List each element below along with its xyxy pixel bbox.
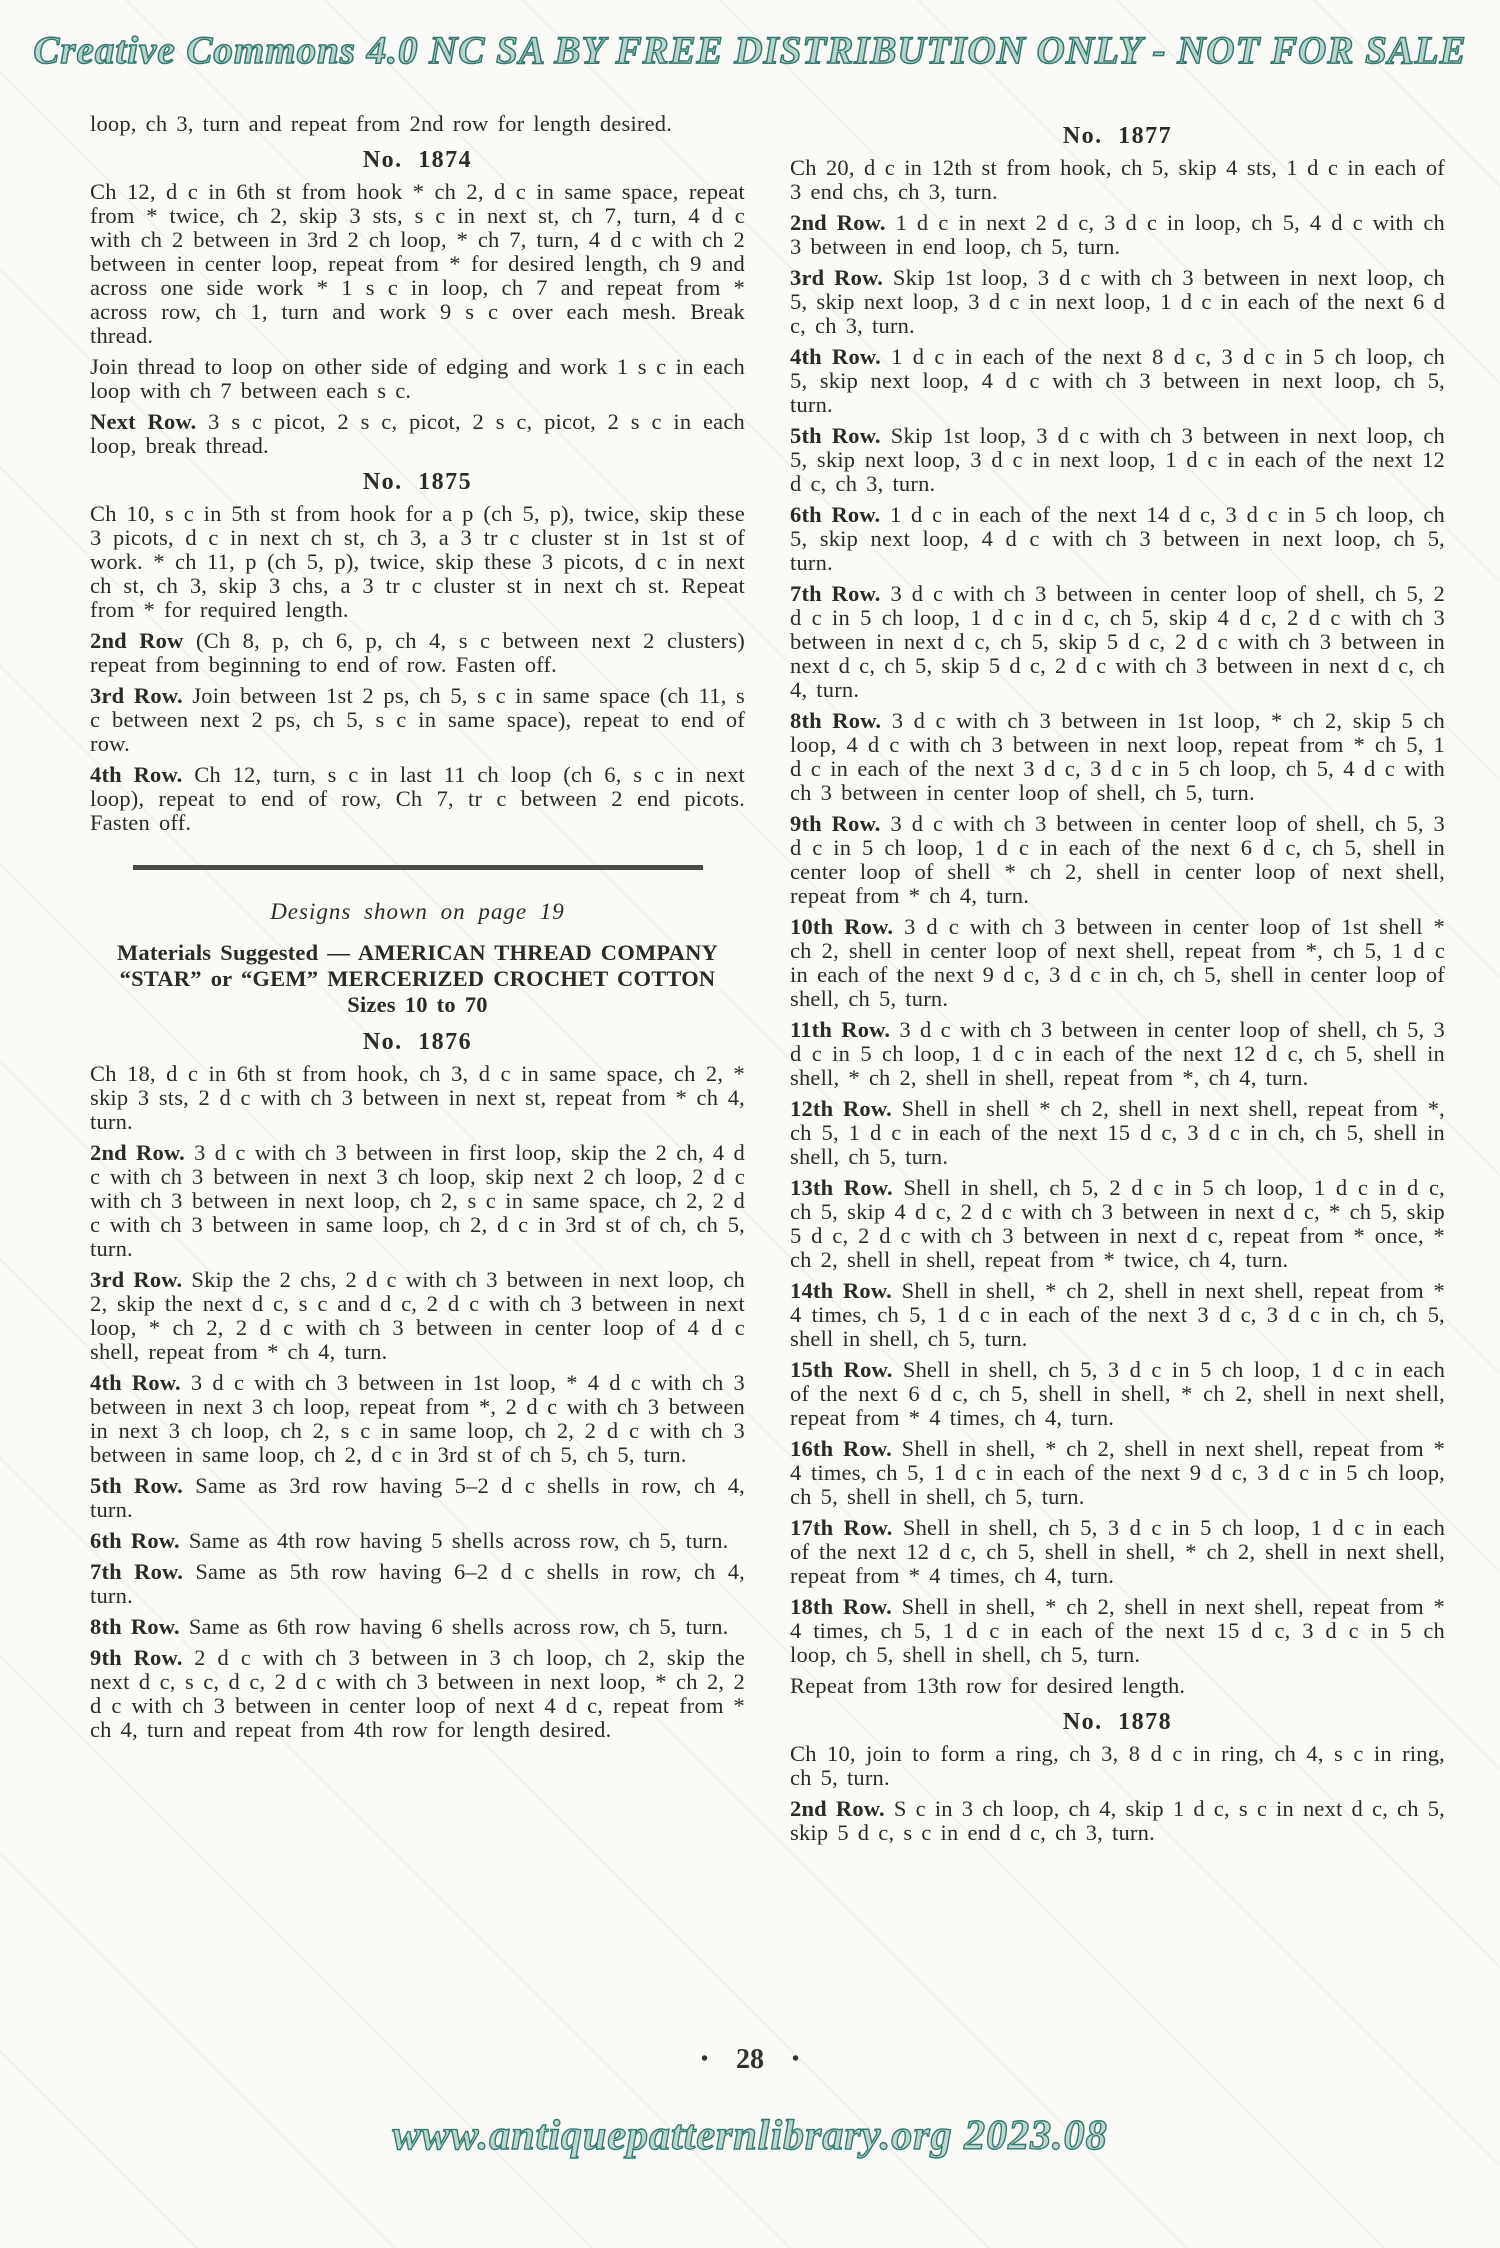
row-label: 7th Row. <box>790 581 881 606</box>
pattern-row: 4th Row. 1 d c in each of the next 8 d c… <box>790 345 1445 417</box>
pattern-paragraph: Ch 20, d c in 12th st from hook, ch 5, s… <box>790 156 1445 204</box>
row-text: 2 d c with ch 3 between in 3 ch loop, ch… <box>90 1645 745 1742</box>
pattern-row: 5th Row. Skip 1st loop, 3 d c with ch 3 … <box>790 424 1445 496</box>
row-label: 11th Row. <box>790 1017 890 1042</box>
pattern-row: 7th Row. Same as 5th row having 6–2 d c … <box>90 1560 745 1608</box>
pattern-row: 8th Row. Same as 6th row having 6 shells… <box>90 1615 745 1639</box>
pattern-row: 12th Row. Shell in shell * ch 2, shell i… <box>790 1097 1445 1169</box>
heading-no-1874: No. 1874 <box>90 148 745 172</box>
row-text: Same as 3rd row having 5–2 d c shells in… <box>90 1473 745 1522</box>
right-column: No. 1877 Ch 20, d c in 12th st from hook… <box>790 112 1445 1852</box>
row-label: 14th Row. <box>790 1278 892 1303</box>
row-text: 1 d c in each of the next 14 d c, 3 d c … <box>790 502 1445 575</box>
pattern-row: 4th Row. Ch 12, turn, s c in last 11 ch … <box>90 763 745 835</box>
row-label: 8th Row. <box>790 708 881 733</box>
pattern-row: 16th Row. Shell in shell, * ch 2, shell … <box>790 1437 1445 1509</box>
row-text: Skip the 2 chs, 2 d c with ch 3 between … <box>90 1267 745 1364</box>
row-label: 2nd Row. <box>790 1796 885 1821</box>
footer-credit: www.antiquepatternlibrary.org 2023.08 <box>0 2112 1500 2160</box>
section-divider <box>133 865 703 870</box>
pattern-row: 11th Row. 3 d c with ch 3 between in cen… <box>790 1018 1445 1090</box>
pattern-paragraph: Ch 10, join to form a ring, ch 3, 8 d c … <box>790 1742 1445 1790</box>
row-text: Same as 5th row having 6–2 d c shells in… <box>90 1559 745 1608</box>
materials-suggested-note: Materials Suggested — AMERICAN THREAD CO… <box>90 940 745 1018</box>
row-text: 3 d c with ch 3 between in 1st loop, * c… <box>790 708 1445 805</box>
row-text: 1 d c in next 2 d c, 3 d c in loop, ch 5… <box>790 210 1445 259</box>
pattern-row: 7th Row. 3 d c with ch 3 between in cent… <box>790 582 1445 702</box>
row-label: 8th Row. <box>90 1614 180 1639</box>
heading-no-1876: No. 1876 <box>90 1030 745 1054</box>
pattern-paragraph: Repeat from 13th row for desired length. <box>790 1674 1445 1698</box>
row-text: Skip 1st loop, 3 d c with ch 3 between i… <box>790 265 1445 338</box>
row-text: Ch 12, d c in 6th st from hook * ch 2, d… <box>90 179 745 348</box>
designs-shown-note: Designs shown on page 19 <box>90 900 745 924</box>
materials-line: Materials Suggested — AMERICAN THREAD CO… <box>90 940 745 966</box>
pattern-row: 3rd Row. Join between 1st 2 ps, ch 5, s … <box>90 684 745 756</box>
pattern-row: 15th Row. Shell in shell, ch 5, 3 d c in… <box>790 1358 1445 1430</box>
row-label: 3rd Row. <box>90 1267 182 1292</box>
row-label: 10th Row. <box>790 914 893 939</box>
pattern-row: 2nd Row. 3 d c with ch 3 between in firs… <box>90 1141 745 1261</box>
pattern-row: 18th Row. Shell in shell, * ch 2, shell … <box>790 1595 1445 1667</box>
row-label: 17th Row. <box>790 1515 893 1540</box>
left-column: loop, ch 3, turn and repeat from 2nd row… <box>90 112 745 1852</box>
row-label: 9th Row. <box>90 1645 183 1670</box>
pattern-row: 13th Row. Shell in shell, ch 5, 2 d c in… <box>790 1176 1445 1272</box>
pattern-row: 14th Row. Shell in shell, * ch 2, shell … <box>790 1279 1445 1351</box>
heading-no-1878: No. 1878 <box>790 1710 1445 1734</box>
pattern-row: Next Row. 3 s c picot, 2 s c, picot, 2 s… <box>90 410 745 458</box>
row-label: 5th Row. <box>90 1473 183 1498</box>
row-text: 3 d c with ch 3 between in 1st loop, * 4… <box>90 1370 745 1467</box>
row-text: Same as 4th row having 5 shells across r… <box>189 1528 729 1553</box>
pattern-row: 17th Row. Shell in shell, ch 5, 3 d c in… <box>790 1516 1445 1588</box>
row-label: 2nd Row. <box>90 1140 185 1165</box>
row-label: 12th Row. <box>790 1096 892 1121</box>
pattern-row: 5th Row. Same as 3rd row having 5–2 d c … <box>90 1474 745 1522</box>
row-text: Ch 20, d c in 12th st from hook, ch 5, s… <box>790 155 1445 204</box>
row-text: Join thread to loop on other side of edg… <box>90 354 745 403</box>
materials-line: “STAR” or “GEM” MERCERIZED CROCHET COTTO… <box>90 966 745 992</box>
row-text: 3 d c with ch 3 between in center loop o… <box>790 581 1445 702</box>
row-text: Ch 10, join to form a ring, ch 3, 8 d c … <box>790 1741 1445 1790</box>
pattern-paragraph: Join thread to loop on other side of edg… <box>90 355 745 403</box>
row-label: 16th Row. <box>790 1436 892 1461</box>
page-number: 28 <box>736 2044 764 2075</box>
row-label: 4th Row. <box>90 762 183 787</box>
row-text: 3 d c with ch 3 between in center loop o… <box>790 811 1445 908</box>
pattern-row: 2nd Row (Ch 8, p, ch 6, p, ch 4, s c bet… <box>90 629 745 677</box>
row-label: 6th Row. <box>790 502 880 527</box>
row-label: 4th Row. <box>90 1370 181 1395</box>
row-text: Ch 10, s c in 5th st from hook for a p (… <box>90 501 745 622</box>
pattern-paragraph: Ch 18, d c in 6th st from hook, ch 3, d … <box>90 1062 745 1134</box>
pattern-row: 6th Row. Same as 4th row having 5 shells… <box>90 1529 745 1553</box>
row-text: 3 d c with ch 3 between in first loop, s… <box>90 1140 745 1261</box>
row-text: 1 d c in each of the next 8 d c, 3 d c i… <box>790 344 1445 417</box>
row-label: 15th Row. <box>790 1357 893 1382</box>
row-text: Join between 1st 2 ps, ch 5, s c in same… <box>90 683 745 756</box>
pattern-row: 9th Row. 3 d c with ch 3 between in cent… <box>790 812 1445 908</box>
continued-paragraph: loop, ch 3, turn and repeat from 2nd row… <box>90 112 745 136</box>
creative-commons-notice: Creative Commons 4.0 NC SA BY FREE DISTR… <box>0 28 1500 73</box>
pattern-row: 4th Row. 3 d c with ch 3 between in 1st … <box>90 1371 745 1467</box>
row-label: 9th Row. <box>790 811 881 836</box>
page-number-line: •28• <box>0 2044 1500 2076</box>
row-label: 4th Row. <box>790 344 881 369</box>
page-body: loop, ch 3, turn and repeat from 2nd row… <box>90 112 1445 1852</box>
pattern-row: 9th Row. 2 d c with ch 3 between in 3 ch… <box>90 1646 745 1742</box>
row-text: Ch 18, d c in 6th st from hook, ch 3, d … <box>90 1061 745 1134</box>
page-bullet-right: • <box>792 2048 799 2070</box>
row-label: 13th Row. <box>790 1175 893 1200</box>
heading-no-1877: No. 1877 <box>790 124 1445 148</box>
row-label: 3rd Row. <box>790 265 883 290</box>
row-text: S c in 3 ch loop, ch 4, skip 1 d c, s c … <box>790 1796 1445 1845</box>
row-text: loop, ch 3, turn and repeat from 2nd row… <box>90 111 672 136</box>
pattern-row: 2nd Row. 1 d c in next 2 d c, 3 d c in l… <box>790 211 1445 259</box>
page-bullet-left: • <box>701 2048 708 2070</box>
row-label: 18th Row. <box>790 1594 892 1619</box>
row-text: Repeat from 13th row for desired length. <box>790 1673 1185 1698</box>
row-label: 2nd Row <box>90 628 184 653</box>
row-label: 3rd Row. <box>90 683 183 708</box>
pattern-paragraph: Ch 10, s c in 5th st from hook for a p (… <box>90 502 745 622</box>
pattern-row: 6th Row. 1 d c in each of the next 14 d … <box>790 503 1445 575</box>
pattern-row: 10th Row. 3 d c with ch 3 between in cen… <box>790 915 1445 1011</box>
row-text: Same as 6th row having 6 shells across r… <box>189 1614 729 1639</box>
pattern-row: 8th Row. 3 d c with ch 3 between in 1st … <box>790 709 1445 805</box>
pattern-paragraph: Ch 12, d c in 6th st from hook * ch 2, d… <box>90 180 745 348</box>
row-text: Skip 1st loop, 3 d c with ch 3 between i… <box>790 423 1445 496</box>
materials-line: Sizes 10 to 70 <box>90 992 745 1018</box>
pattern-row: 3rd Row. Skip the 2 chs, 2 d c with ch 3… <box>90 1268 745 1364</box>
row-text: (Ch 8, p, ch 6, p, ch 4, s c between nex… <box>90 628 745 677</box>
pattern-row: 2nd Row. S c in 3 ch loop, ch 4, skip 1 … <box>790 1797 1445 1845</box>
heading-no-1875: No. 1875 <box>90 470 745 494</box>
row-label: 2nd Row. <box>790 210 886 235</box>
pattern-row: 3rd Row. Skip 1st loop, 3 d c with ch 3 … <box>790 266 1445 338</box>
row-label: 6th Row. <box>90 1528 180 1553</box>
row-label: Next Row. <box>90 409 196 434</box>
row-label: 5th Row. <box>790 423 881 448</box>
row-label: 7th Row. <box>90 1559 183 1584</box>
row-text: Ch 12, turn, s c in last 11 ch loop (ch … <box>90 762 745 835</box>
